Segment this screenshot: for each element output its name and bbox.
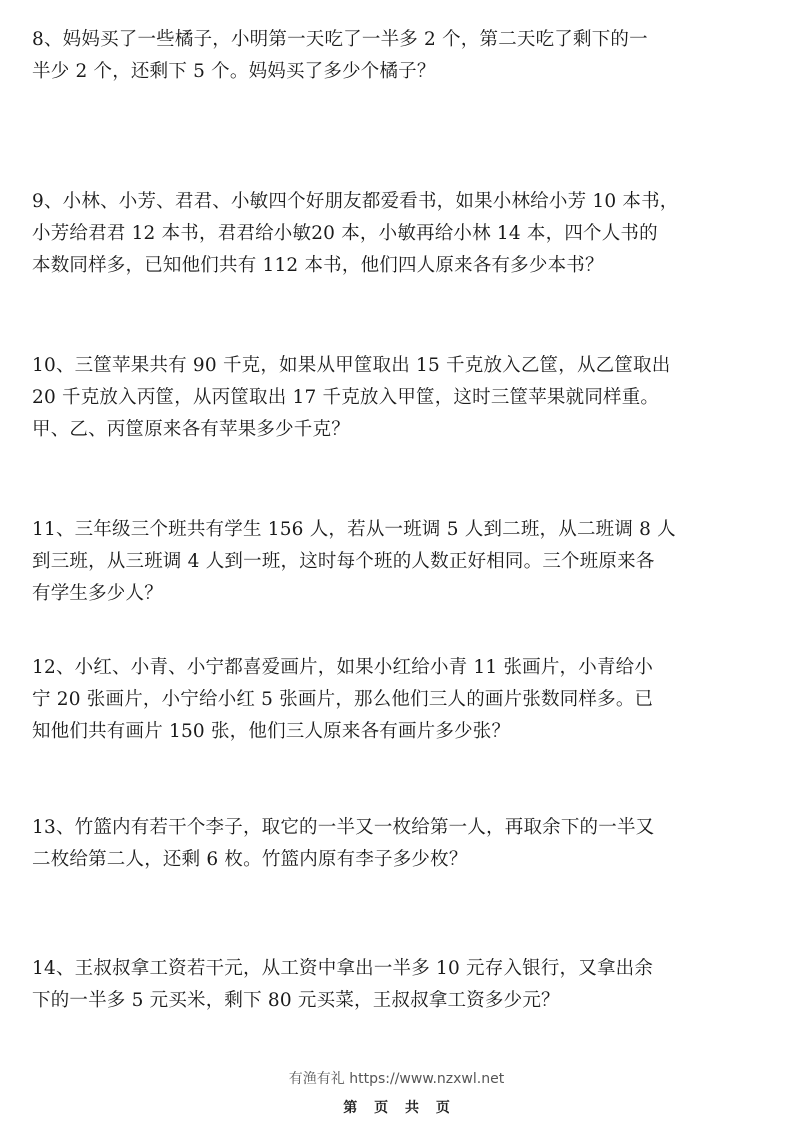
problem-text-line: 12、小红、小青、小宁都喜爱画片，如果小红给小青 11 张画片，小青给小	[32, 652, 762, 684]
problem-text-line: 13、竹篮内有若干个李子，取它的一半又一枚给第一人，再取余下的一半又	[32, 812, 762, 844]
problem-text-line: 20 千克放入丙筐，从丙筐取出 17 千克放入甲筐，这时三筐苹果就同样重。	[32, 382, 762, 414]
problem-text-line: 到三班，从三班调 4 人到一班，这时每个班的人数正好相同。三个班原来各	[32, 546, 762, 578]
problem-text-line: 8、妈妈买了一些橘子，小明第一天吃了一半多 2 个，第二天吃了剩下的一	[32, 24, 762, 56]
problem-14: 14、王叔叔拿工资若干元，从工资中拿出一半多 10 元存入银行，又拿出余 下的一…	[32, 953, 762, 1017]
page-label-part: 共	[405, 1100, 419, 1116]
problem-13: 13、竹篮内有若干个李子，取它的一半又一枚给第一人，再取余下的一半又 二枚给第二…	[32, 812, 762, 876]
problem-text-line: 14、王叔叔拿工资若干元，从工资中拿出一半多 10 元存入银行，又拿出余	[32, 953, 762, 985]
page-label-part: 页	[436, 1100, 450, 1116]
problem-9: 9、小林、小芳、君君、小敏四个好朋友都爱看书，如果小林给小芳 10 本书， 小芳…	[32, 186, 762, 282]
problem-12: 12、小红、小青、小宁都喜爱画片，如果小红给小青 11 张画片，小青给小 宁 2…	[32, 652, 762, 748]
page-number-footer: 第 页 共 页	[0, 1097, 793, 1117]
problem-text-line: 11、三年级三个班共有学生 156 人，若从一班调 5 人到二班，从二班调 8 …	[32, 514, 762, 546]
footer-watermark: 有渔有礼 https://www.nzxwl.net	[0, 1068, 793, 1088]
problem-text-line: 小芳给君君 12 本书，君君给小敏20 本，小敏再给小林 14 本，四个人书的	[32, 218, 762, 250]
problem-text-line: 甲、乙、丙筐原来各有苹果多少千克？	[32, 414, 762, 446]
problem-text-line: 宁 20 张画片，小宁给小红 5 张画片，那么他们三人的画片张数同样多。已	[32, 684, 762, 716]
problem-11: 11、三年级三个班共有学生 156 人，若从一班调 5 人到二班，从二班调 8 …	[32, 514, 762, 610]
problem-text-line: 半少 2 个，还剩下 5 个。妈妈买了多少个橘子？	[32, 56, 762, 88]
problem-10: 10、三筐苹果共有 90 千克，如果从甲筐取出 15 千克放入乙筐，从乙筐取出 …	[32, 350, 762, 446]
problem-text-line: 下的一半多 5 元买米，剩下 80 元买菜，王叔叔拿工资多少元？	[32, 985, 762, 1017]
document-page: 8、妈妈买了一些橘子，小明第一天吃了一半多 2 个，第二天吃了剩下的一 半少 2…	[0, 0, 793, 1122]
page-label-part: 第	[343, 1100, 357, 1116]
problem-text-line: 有学生多少人？	[32, 578, 762, 610]
problem-8: 8、妈妈买了一些橘子，小明第一天吃了一半多 2 个，第二天吃了剩下的一 半少 2…	[32, 24, 762, 88]
problem-text-line: 9、小林、小芳、君君、小敏四个好朋友都爱看书，如果小林给小芳 10 本书，	[32, 186, 762, 218]
problem-text-line: 本数同样多，已知他们共有 112 本书，他们四人原来各有多少本书？	[32, 250, 762, 282]
page-label-part: 页	[374, 1100, 388, 1116]
problem-text-line: 10、三筐苹果共有 90 千克，如果从甲筐取出 15 千克放入乙筐，从乙筐取出	[32, 350, 762, 382]
problem-text-line: 二枚给第二人，还剩 6 枚。竹篮内原有李子多少枚？	[32, 844, 762, 876]
problem-text-line: 知他们共有画片 150 张，他们三人原来各有画片多少张？	[32, 716, 762, 748]
